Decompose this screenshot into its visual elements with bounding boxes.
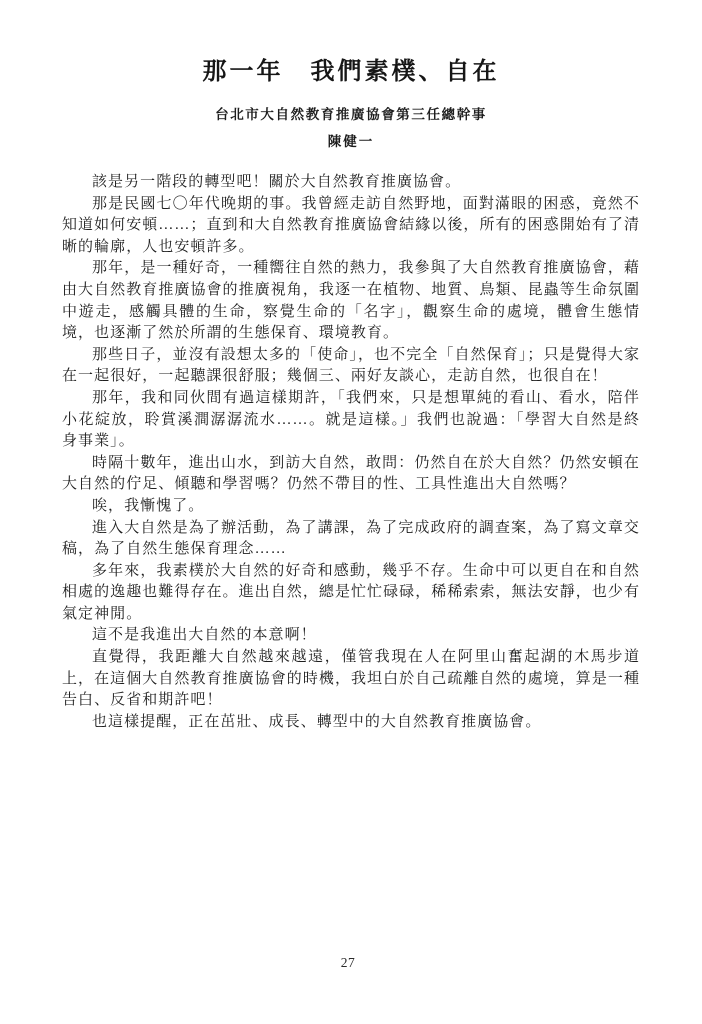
paragraph: 也這樣提醒，正在茁壯、成長、轉型中的大自然教育推廣協會。	[62, 712, 640, 734]
page-number: 27	[0, 955, 696, 971]
author-name: 陳健一	[62, 132, 640, 151]
paragraph: 那年，是一種好奇，一種嚮往自然的熱力，我參與了大自然教育推廣協會，藉由大自然教育…	[62, 258, 640, 344]
paragraph: 時隔十數年，進出山水，到訪大自然，敢問：仍然自在於大自然？仍然安頓在大自然的佇足…	[62, 453, 640, 496]
paragraph: 進入大自然是為了辦活動，為了講課，為了完成政府的調查案，為了寫文章交稿，為了自然…	[62, 518, 640, 561]
paragraph: 那是民國七〇年代晚期的事。我曾經走訪自然野地，面對滿眼的困惑，竟然不知道如何安頓…	[62, 194, 640, 259]
paragraph: 該是另一階段的轉型吧！關於大自然教育推廣協會。	[62, 172, 640, 194]
document-page: 那一年 我們素樸、自在 台北市大自然教育推廣協會第三任總幹事 陳健一 該是另一階…	[0, 0, 702, 1024]
page-content: 那一年 我們素樸、自在 台北市大自然教育推廣協會第三任總幹事 陳健一 該是另一階…	[62, 0, 640, 733]
page-title: 那一年 我們素樸、自在	[62, 56, 640, 88]
article-body: 該是另一階段的轉型吧！關於大自然教育推廣協會。 那是民國七〇年代晚期的事。我曾經…	[62, 172, 640, 733]
paragraph: 唉，我慚愧了。	[62, 496, 640, 518]
paragraph: 這不是我進出大自然的本意啊！	[62, 625, 640, 647]
paragraph: 那年，我和同伙間有過這樣期許，「我們來，只是想單純的看山、看水，陪伴小花綻放，聆…	[62, 388, 640, 453]
page-subtitle: 台北市大自然教育推廣協會第三任總幹事	[62, 105, 640, 124]
paragraph: 那些日子，並沒有設想太多的「使命」，也不完全「自然保育」；只是覺得大家在一起很好…	[62, 345, 640, 388]
paragraph: 直覺得，我距離大自然越來越遠，僅管我現在人在阿里山奮起湖的木馬步道上，在這個大自…	[62, 647, 640, 712]
paragraph: 多年來，我素樸於大自然的好奇和感動，幾乎不存。生命中可以更自在和自然相處的逸趣也…	[62, 561, 640, 626]
